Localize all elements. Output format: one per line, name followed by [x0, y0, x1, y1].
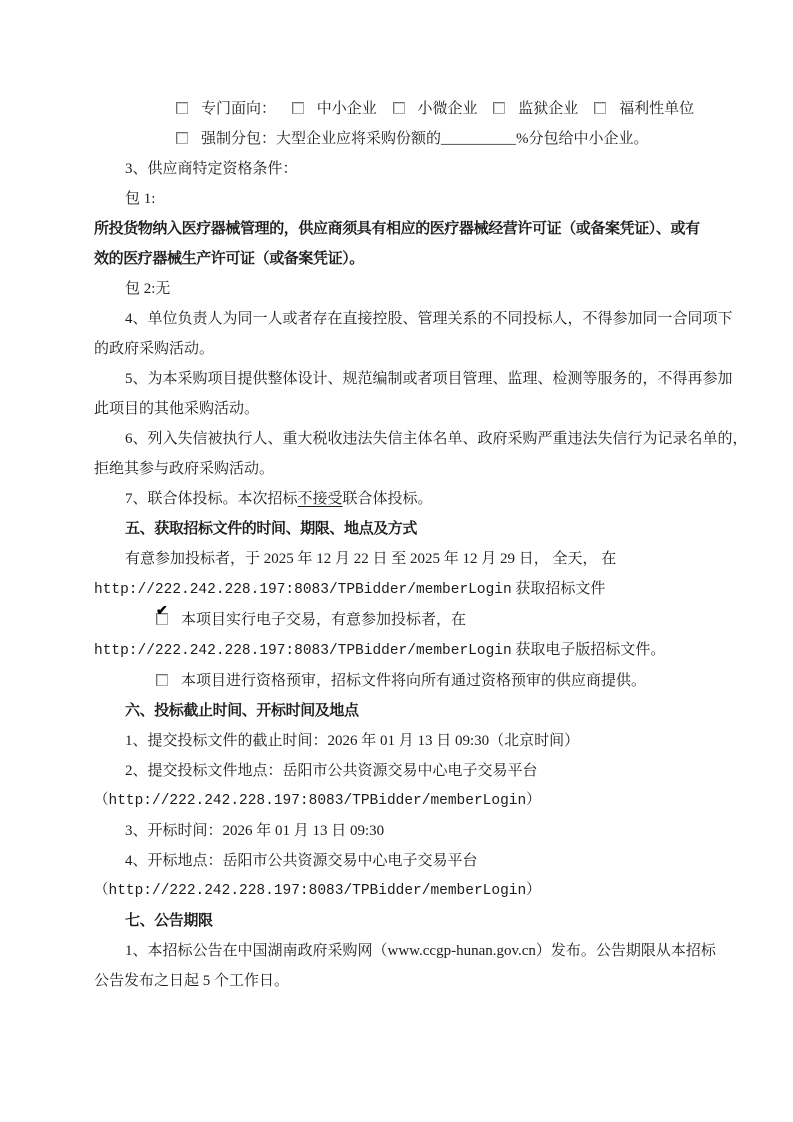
option-welfare-label: 福利性单位 [619, 101, 694, 117]
checkbox-electronic-trade[interactable] [156, 613, 168, 625]
bidder-portal-url: http://222.242.228.197:8083/TPBidder/mem… [94, 582, 512, 598]
item-7-consortium: 7、联合体投标。本次招标不接受联合体投标。 [94, 484, 715, 514]
package-2-label: 包 2:无 [94, 274, 715, 304]
checkbox-smes[interactable] [292, 102, 304, 114]
forced-subcontract-post: %分包给中小企业。 [516, 131, 649, 147]
bidder-portal-url-2: http://222.242.228.197:8083/TPBidder/mem… [94, 643, 512, 659]
section-7-line2: 公告发布之日起 5 个工作日。 [94, 966, 715, 996]
section-5-line1: 有意参加投标者，于 2025 年 12 月 22 日 至 2025 年 12 月… [94, 544, 715, 574]
section-6-item3-opening-time: 3、开标时间：2026 年 01 月 13 日 09:30 [94, 816, 715, 846]
section-6-item1-deadline: 1、提交投标文件的截止时间：2026 年 01 月 13 日 09:30（北京时… [94, 726, 715, 756]
special-target-label: 专门面向： [201, 101, 276, 117]
option-smes: 中小企业 [292, 94, 377, 124]
option-prison-label: 监狱企业 [518, 101, 578, 117]
section-5-url1: http://222.242.228.197:8083/TPBidder/mem… [94, 574, 715, 605]
section-7-line1: 1、本招标公告在中国湖南政府采购网（www.ccgp-hunan.gov.cn）… [94, 936, 715, 966]
item-4-line1: 4、单位负责人为同一人或者存在直接控股、管理关系的不同投标人，不得参加同一合同项… [94, 304, 715, 334]
section-5-url2: http://222.242.228.197:8083/TPBidder/mem… [94, 635, 715, 666]
url2-tail: 获取电子版招标文件。 [512, 642, 666, 658]
section-7-heading: 七、公告期限 [94, 906, 715, 936]
package-1-requirement-line1: 所投货物纳入医疗器械管理的，供应商须具有相应的医疗器械经营许可证（或备案凭证）、… [94, 214, 715, 244]
fill-in-blank[interactable]: __________ [441, 131, 516, 147]
section-6-heading: 六、投标截止时间、开标时间及地点 [94, 696, 715, 726]
item-7-not-accepted: 不接受 [298, 491, 343, 507]
item-5-line1: 5、为本采购项目提供整体设计、规范编制或者项目管理、监理、检测等服务的，不得再参… [94, 364, 715, 394]
special-target-lead: 专门面向： [176, 94, 276, 124]
option-welfare: 福利性单位 [594, 94, 694, 124]
option-smes-label: 中小企业 [317, 101, 377, 117]
section-6-item2-url: （http://222.242.228.197:8083/TPBidder/me… [94, 786, 715, 816]
forced-subcontract-pre: 强制分包：大型企业应将采购份额的 [201, 131, 441, 147]
checkbox-micro[interactable] [393, 102, 405, 114]
item-7-pre: 7、联合体投标。本次招标 [125, 491, 298, 507]
checkbox-forced-subcontract[interactable] [176, 132, 188, 144]
section-6-item2-location: 2、提交投标文件地点：岳阳市公共资源交易中心电子交易平台 [94, 756, 715, 786]
document-page: 专门面向： 中小企业 小微企业 监狱企业 福利性单位 强制分包：大型企业应将采购… [0, 0, 793, 1122]
url1-tail: 获取招标文件 [512, 581, 606, 597]
special-target-row: 专门面向： 中小企业 小微企业 监狱企业 福利性单位 [94, 94, 715, 124]
prequalification-row: 本项目进行资格预审，招标文件将向所有通过资格预审的供应商提供。 [94, 666, 715, 696]
section-5-heading: 五、获取招标文件的时间、期限、地点及方式 [94, 514, 715, 544]
package-1-label: 包 1: [94, 184, 715, 214]
prequalification-label: 本项目进行资格预审，招标文件将向所有通过资格预审的供应商提供。 [181, 673, 646, 689]
electronic-trade-row: 本项目实行电子交易，有意参加投标者，在 [94, 605, 715, 635]
item-4-line2: 的政府采购活动。 [94, 334, 715, 364]
option-micro-label: 小微企业 [418, 101, 478, 117]
option-prison: 监狱企业 [493, 94, 578, 124]
checkbox-prison[interactable] [493, 102, 505, 114]
section-6-item4-opening-place: 4、开标地点：岳阳市公共资源交易中心电子交易平台 [94, 846, 715, 876]
electronic-trade-label: 本项目实行电子交易，有意参加投标者，在 [181, 612, 466, 628]
checkbox-special-target[interactable] [176, 102, 188, 114]
item-6-line2: 拒绝其参与政府采购活动。 [94, 454, 715, 484]
option-micro: 小微企业 [393, 94, 478, 124]
checkbox-welfare[interactable] [594, 102, 606, 114]
item-3-supplier-qualifications: 3、供应商特定资格条件： [94, 154, 715, 184]
forced-subcontract-row: 强制分包：大型企业应将采购份额的__________%分包给中小企业。 [94, 124, 715, 154]
item-5-line2: 此项目的其他采购活动。 [94, 394, 715, 424]
checkbox-prequalification[interactable] [156, 674, 168, 686]
section-6-item4-url: （http://222.242.228.197:8083/TPBidder/me… [94, 876, 715, 906]
package-1-requirement-line2: 效的医疗器械生产许可证（或备案凭证）。 [94, 244, 715, 274]
item-7-post: 联合体投标。 [343, 491, 433, 507]
item-6-line1: 6、列入失信被执行人、重大税收违法失信主体名单、政府采购严重违法失信行为记录名单… [94, 424, 715, 454]
